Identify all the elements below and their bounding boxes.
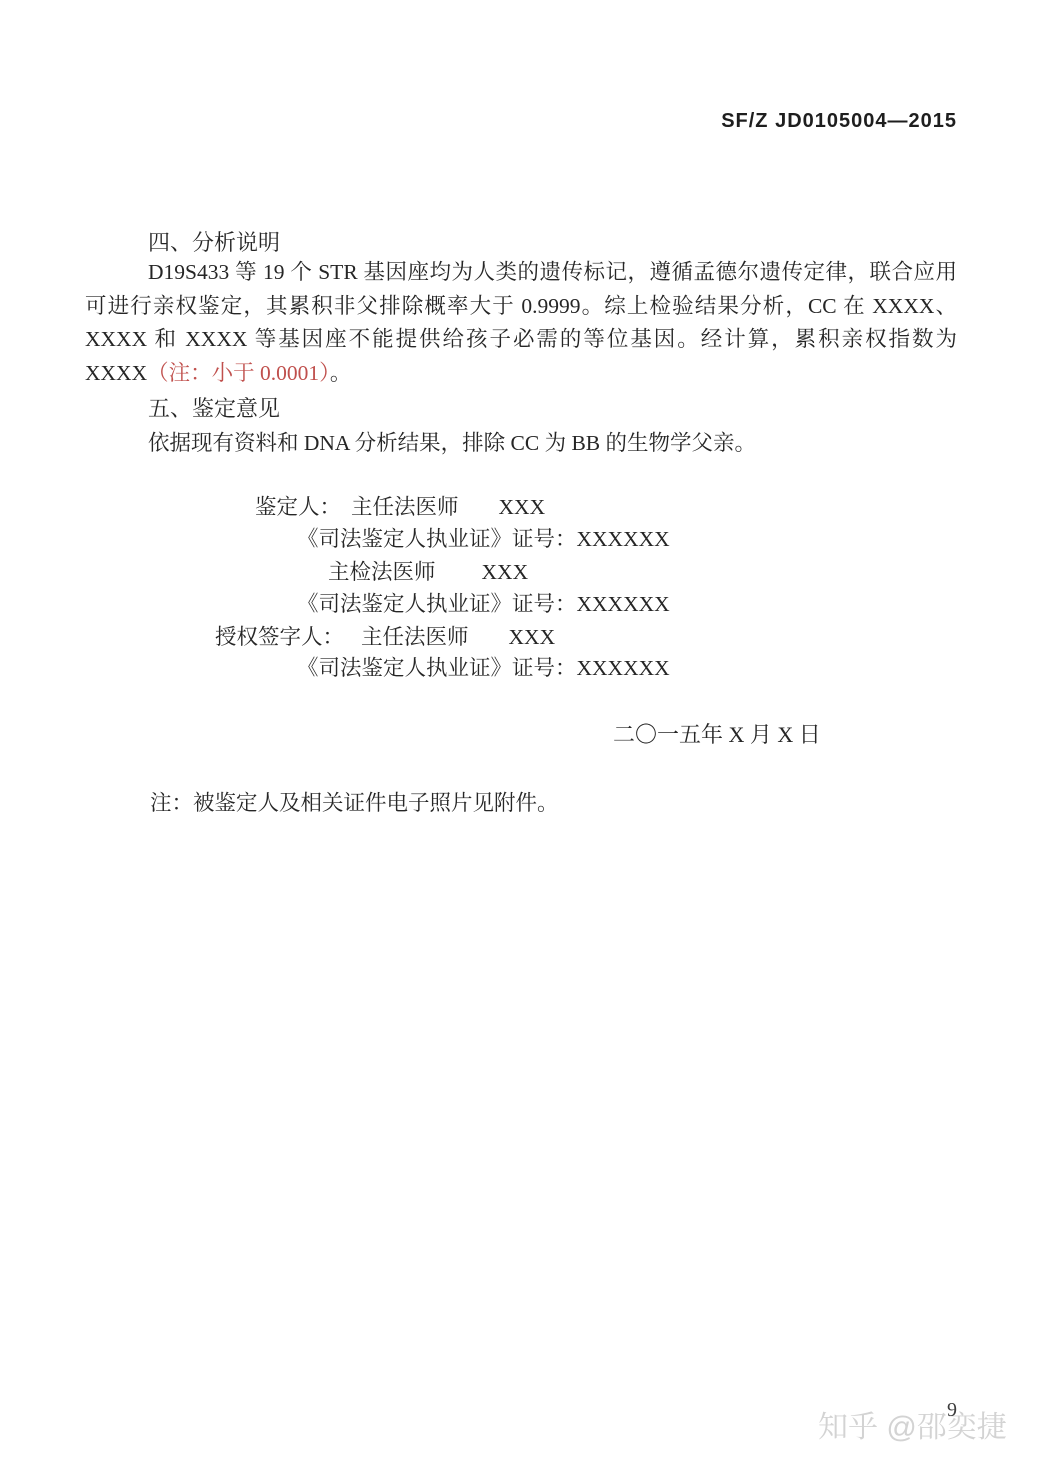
signer-cert-appraiser: 《司法鉴定人执业证》证号：XXXXXX (297, 522, 670, 553)
signer-name: XXX (482, 560, 529, 584)
standard-code-header: SF/Z JD0105004—2015 (721, 110, 957, 133)
signer-name: XXX (509, 625, 556, 649)
signer-line-appraiser: 鉴定人：主任法医师XXX (255, 490, 545, 521)
analysis-period: 。 (330, 361, 352, 385)
spacer (344, 639, 361, 640)
spacer (469, 639, 509, 640)
section4-heading: 四、分析说明 (148, 226, 280, 257)
document-date: 二〇一五年 X 月 X 日 (613, 718, 821, 749)
signer-name: XXX (499, 495, 546, 519)
signer-title: 主任法医师 (361, 625, 469, 649)
page-number: 9 (947, 1399, 957, 1422)
watermark: 知乎 @邵奕捷 (818, 1402, 1007, 1446)
signer-role: 鉴定人： (255, 495, 341, 519)
signer-cert-authorized-signatory: 《司法鉴定人执业证》证号：XXXXXX (297, 651, 670, 682)
signer-title: 主任法医师 (351, 495, 459, 519)
spacer (341, 509, 351, 510)
footnote: 注：被鉴定人及相关证件电子照片见附件。 (150, 786, 559, 817)
section4-paragraph: D19S433 等 19 个 STR 基因座均为人类的遗传标记，遵循孟德尔遗传定… (85, 256, 957, 390)
signer-line-authorized-signatory: 授权签字人：主任法医师XXX (215, 620, 555, 651)
signer-line-chief-examiner: 主检法医师XXX (328, 555, 528, 586)
spacer (459, 509, 499, 510)
signer-title: 主检法医师 (328, 560, 436, 584)
spacer (436, 574, 482, 575)
section5-heading: 五、鉴定意见 (148, 392, 280, 423)
opinion-text: 依据现有资料和 DNA 分析结果，排除 CC 为 BB 的生物学父亲。 (148, 426, 756, 457)
document-page: SF/Z JD0105004—2015 四、分析说明 D19S433 等 19 … (0, 0, 1037, 1467)
signer-role: 授权签字人： (215, 625, 344, 649)
analysis-red-note: （注：小于 0.0001） (147, 361, 330, 385)
signer-cert-chief-examiner: 《司法鉴定人执业证》证号：XXXXXX (297, 587, 670, 618)
